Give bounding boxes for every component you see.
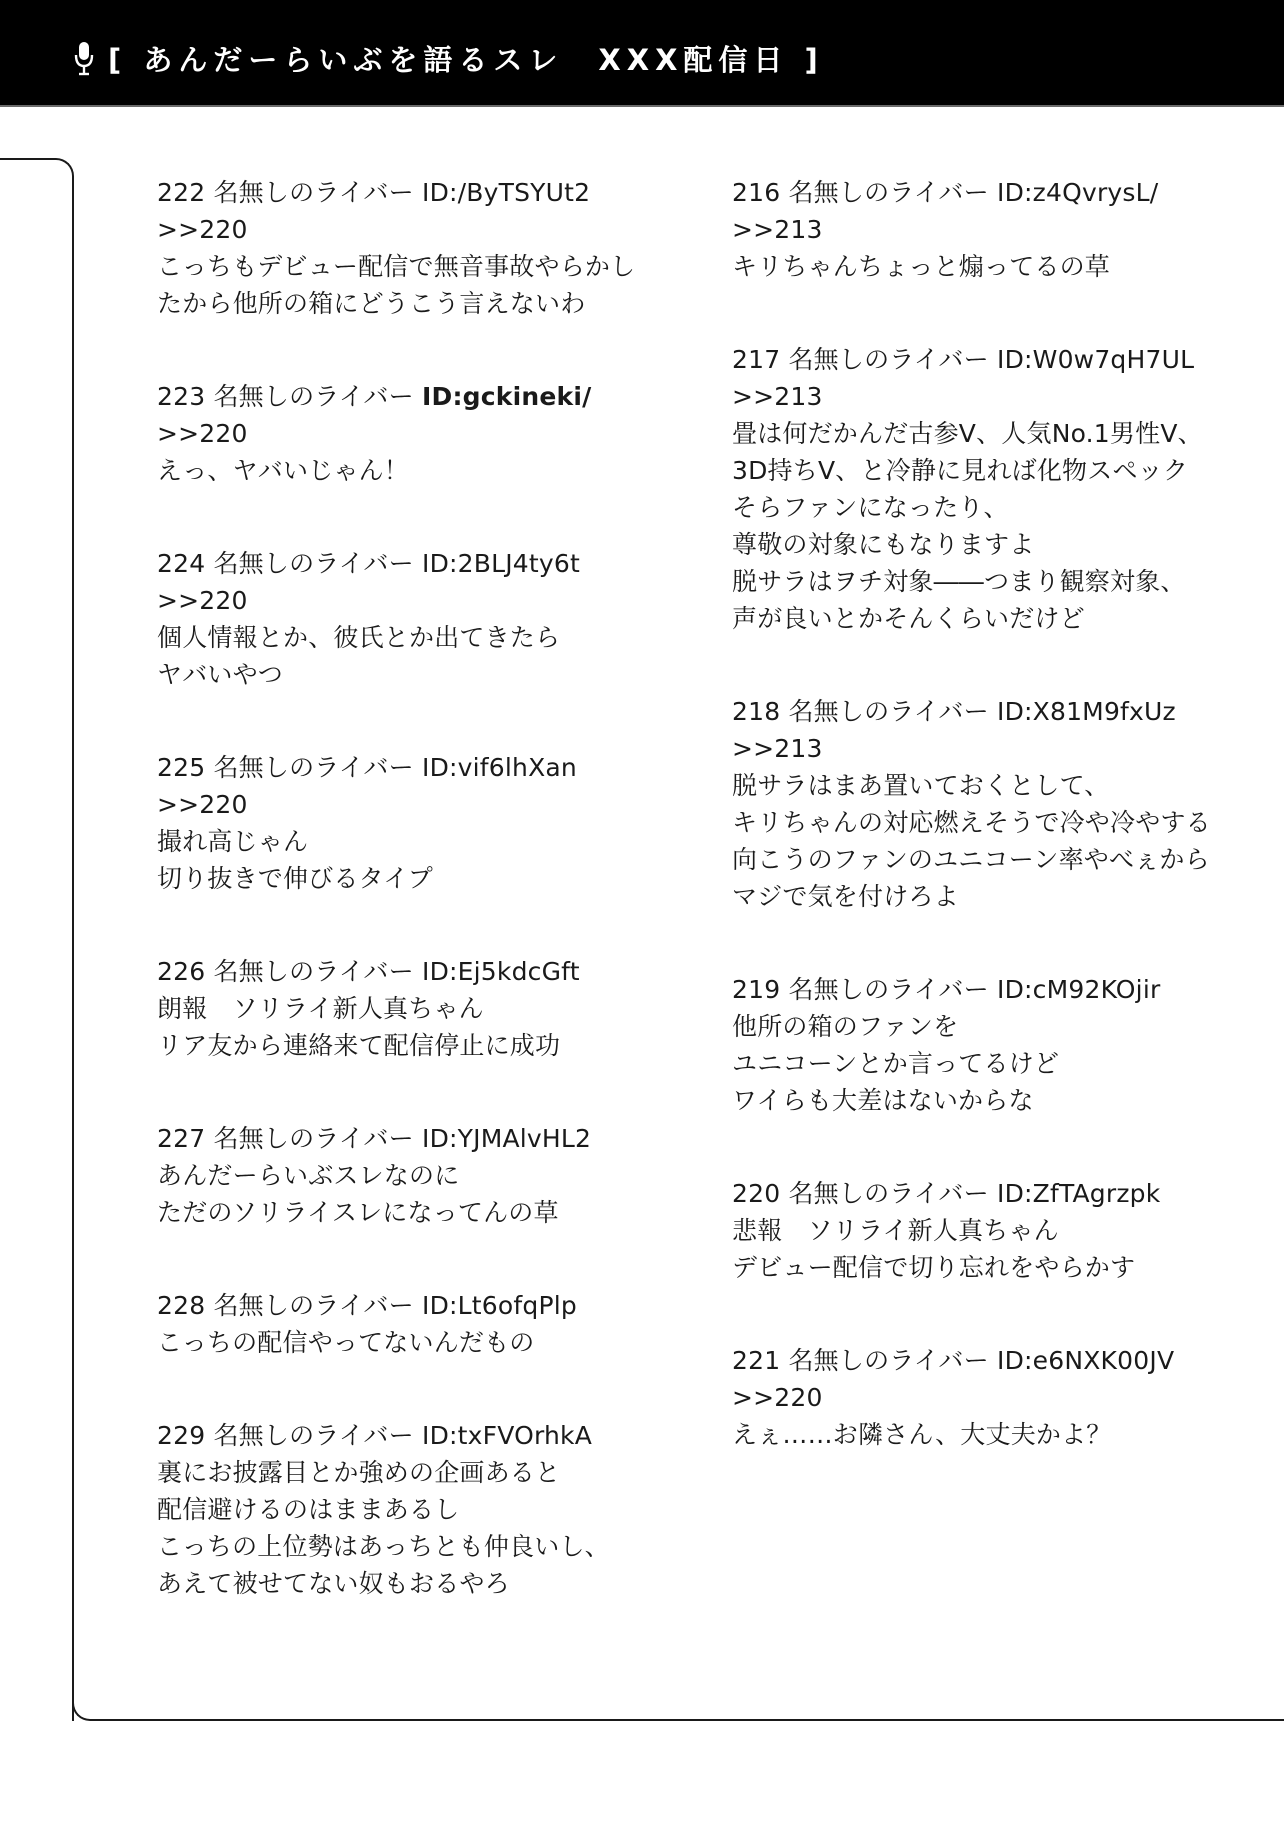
microphone-icon [74, 40, 94, 76]
poster-id: ID:2BLJ4ty6t [422, 549, 580, 578]
thread-post: 222 名無しのライバー ID:/ByTSYUt2>>220こっちもデビュー配信… [157, 174, 697, 322]
poster-id: ID:YJMAlvHL2 [422, 1124, 591, 1153]
post-body-line: あえて被せてない奴もおるやろ [157, 1565, 697, 1602]
post-body-line: リア友から連絡来て配信停止に成功 [157, 1027, 697, 1064]
post-number: 226 [157, 957, 205, 986]
thread-post: 218 名無しのライバー ID:X81M9fxUz>>213脱サラはまあ置いてお… [732, 693, 1272, 915]
post-body-line: ユニコーンとか言ってるけど [732, 1045, 1272, 1082]
poster-id: ID:cM92KOjir [997, 975, 1160, 1004]
post-number: 228 [157, 1291, 205, 1320]
post-body-line: 個人情報とか、彼氏とか出てきたら [157, 619, 697, 656]
poster-id: ID:gckineki/ [422, 382, 591, 411]
poster-name: 名無しのライバー [788, 1179, 988, 1208]
post-body-line: 脱サラはヲチ対象――つまり観察対象、 [732, 563, 1272, 600]
post-body-line: 裏にお披露目とか強めの企画あると [157, 1454, 697, 1491]
post-body-line: えぇ……お隣さん、大丈夫かよ？ [732, 1416, 1272, 1453]
post-body-line: ヤバいやつ [157, 656, 697, 693]
post-body-line: 朗報 ソリライ新人真ちゃん [157, 990, 697, 1027]
poster-name: 名無しのライバー [213, 753, 413, 782]
poster-id: ID:/ByTSYUt2 [422, 178, 590, 207]
thread-post: 225 名無しのライバー ID:vif6lhXan>>220撮れ高じゃん切り抜き… [157, 749, 697, 897]
post-header: 228 名無しのライバー ID:Lt6ofqPlp [157, 1287, 697, 1324]
thread-post: 228 名無しのライバー ID:Lt6ofqPlpこっちの配信やってないんだもの [157, 1287, 697, 1361]
poster-name: 名無しのライバー [213, 382, 413, 411]
post-body-line: 配信避けるのはままあるし [157, 1491, 697, 1528]
thread-post: 226 名無しのライバー ID:Ej5kdcGft朗報 ソリライ新人真ちゃんリア… [157, 953, 697, 1064]
thread-post: 224 名無しのライバー ID:2BLJ4ty6t>>220個人情報とか、彼氏と… [157, 545, 697, 693]
post-header: 219 名無しのライバー ID:cM92KOjir [732, 971, 1272, 1008]
post-number: 216 [732, 178, 780, 207]
poster-name: 名無しのライバー [788, 345, 988, 374]
post-body-line: ただのソリライスレになってんの草 [157, 1194, 697, 1231]
post-body-line: 切り抜きで伸びるタイプ [157, 860, 697, 897]
post-number: 221 [732, 1346, 780, 1375]
poster-name: 名無しのライバー [213, 178, 413, 207]
post-header: 220 名無しのライバー ID:ZfTAgrzpk [732, 1175, 1272, 1212]
thread-post: 216 名無しのライバー ID:z4QvrysL/>>213キリちゃんちょっと煽… [732, 174, 1272, 285]
poster-name: 名無しのライバー [213, 957, 413, 986]
post-body-line: 撮れ高じゃん [157, 823, 697, 860]
thread-post: 221 名無しのライバー ID:e6NXK00JV>>220えぇ……お隣さん、大… [732, 1342, 1272, 1453]
post-header: 226 名無しのライバー ID:Ej5kdcGft [157, 953, 697, 990]
thread-post: 229 名無しのライバー ID:txFVOrhkA裏にお披露目とか強めの企画ある… [157, 1417, 697, 1602]
page-frame-bottom-border [72, 1700, 1284, 1721]
reply-anchor[interactable]: >>213 [732, 211, 1272, 248]
post-body-line: キリちゃんの対応燃えそうで冷や冷やする [732, 804, 1272, 841]
thread-title: [ あんだーらいぶを語るスレ XXX配信日 ] [108, 38, 824, 79]
poster-id: ID:ZfTAgrzpk [997, 1179, 1160, 1208]
poster-name: 名無しのライバー [788, 1346, 988, 1375]
thread-post: 219 名無しのライバー ID:cM92KOjir他所の箱のファンをユニコーンと… [732, 971, 1272, 1119]
poster-name: 名無しのライバー [788, 975, 988, 1004]
thread-post: 220 名無しのライバー ID:ZfTAgrzpk悲報 ソリライ新人真ちゃんデビ… [732, 1175, 1272, 1286]
reply-anchor[interactable]: >>213 [732, 730, 1272, 767]
post-number: 227 [157, 1124, 205, 1153]
post-body-line: こっちの上位勢はあっちとも仲良いし、 [157, 1528, 697, 1565]
post-number: 224 [157, 549, 205, 578]
post-body-line: 尊敬の対象にもなりますよ [732, 526, 1272, 563]
thread-post: 227 名無しのライバー ID:YJMAlvHL2あんだーらいぶスレなのにただの… [157, 1120, 697, 1231]
post-body-line: 他所の箱のファンを [732, 1008, 1272, 1045]
post-number: 219 [732, 975, 780, 1004]
reply-anchor[interactable]: >>220 [157, 582, 697, 619]
post-header: 225 名無しのライバー ID:vif6lhXan [157, 749, 697, 786]
post-number: 218 [732, 697, 780, 726]
poster-name: 名無しのライバー [213, 549, 413, 578]
reply-anchor[interactable]: >>213 [732, 378, 1272, 415]
post-body-line: えっ、ヤバいじゃん！ [157, 452, 697, 489]
post-header: 217 名無しのライバー ID:W0w7qH7UL [732, 341, 1272, 378]
post-body-line: デビュー配信で切り忘れをやらかす [732, 1249, 1272, 1286]
poster-id: ID:Ej5kdcGft [422, 957, 580, 986]
post-body-line: そらファンになったり、 [732, 489, 1272, 526]
post-body-line: たから他所の箱にどうこう言えないわ [157, 285, 697, 322]
post-header: 229 名無しのライバー ID:txFVOrhkA [157, 1417, 697, 1454]
poster-name: 名無しのライバー [788, 178, 988, 207]
reply-anchor[interactable]: >>220 [732, 1379, 1272, 1416]
post-body-line: あんだーらいぶスレなのに [157, 1157, 697, 1194]
poster-name: 名無しのライバー [213, 1124, 413, 1153]
reply-anchor[interactable]: >>220 [157, 786, 697, 823]
post-body-line: ワイらも大差はないからな [732, 1082, 1272, 1119]
poster-id: ID:e6NXK00JV [997, 1346, 1174, 1375]
post-number: 217 [732, 345, 780, 374]
poster-id: ID:Lt6ofqPlp [422, 1291, 577, 1320]
reply-anchor[interactable]: >>220 [157, 211, 697, 248]
poster-name: 名無しのライバー [788, 697, 988, 726]
poster-id: ID:vif6lhXan [422, 753, 577, 782]
post-number: 223 [157, 382, 205, 411]
post-number: 222 [157, 178, 205, 207]
poster-name: 名無しのライバー [213, 1291, 413, 1320]
page-frame-border [0, 158, 74, 1721]
post-body-line: マジで気を付けろよ [732, 878, 1272, 915]
post-body-line: 3D持ちV、と冷静に見れば化物スペック [732, 452, 1272, 489]
post-header: 227 名無しのライバー ID:YJMAlvHL2 [157, 1120, 697, 1157]
reply-anchor[interactable]: >>220 [157, 415, 697, 452]
right-column: 216 名無しのライバー ID:z4QvrysL/>>213キリちゃんちょっと煽… [732, 174, 1272, 1509]
post-header: 221 名無しのライバー ID:e6NXK00JV [732, 1342, 1272, 1379]
post-body-line: 脱サラはまあ置いておくとして、 [732, 767, 1272, 804]
post-header: 222 名無しのライバー ID:/ByTSYUt2 [157, 174, 697, 211]
post-body-line: キリちゃんちょっと煽ってるの草 [732, 248, 1272, 285]
poster-id: ID:X81M9fxUz [997, 697, 1176, 726]
post-body-line: 悲報 ソリライ新人真ちゃん [732, 1212, 1272, 1249]
post-header: 218 名無しのライバー ID:X81M9fxUz [732, 693, 1272, 730]
left-column: 222 名無しのライバー ID:/ByTSYUt2>>220こっちもデビュー配信… [157, 174, 697, 1658]
post-number: 220 [732, 1179, 780, 1208]
thread-title-group: [ あんだーらいぶを語るスレ XXX配信日 ] [74, 38, 824, 78]
thread-post: 217 名無しのライバー ID:W0w7qH7UL>>213畳は何だかんだ古参V… [732, 341, 1272, 637]
poster-id: ID:txFVOrhkA [422, 1421, 592, 1450]
post-body-line: 畳は何だかんだ古参V、人気No.1男性V、 [732, 415, 1272, 452]
post-number: 229 [157, 1421, 205, 1450]
post-number: 225 [157, 753, 205, 782]
poster-name: 名無しのライバー [213, 1421, 413, 1450]
thread-header-bar: [ あんだーらいぶを語るスレ XXX配信日 ] [0, 0, 1284, 107]
thread-post: 223 名無しのライバー ID:gckineki/>>220えっ、ヤバいじゃん！ [157, 378, 697, 489]
post-body-line: こっちの配信やってないんだもの [157, 1324, 697, 1361]
poster-id: ID:z4QvrysL/ [997, 178, 1158, 207]
post-body-line: こっちもデビュー配信で無音事故やらかし [157, 248, 697, 285]
post-header: 216 名無しのライバー ID:z4QvrysL/ [732, 174, 1272, 211]
post-body-line: 向こうのファンのユニコーン率やべぇから [732, 841, 1272, 878]
post-header: 224 名無しのライバー ID:2BLJ4ty6t [157, 545, 697, 582]
post-header: 223 名無しのライバー ID:gckineki/ [157, 378, 697, 415]
post-body-line: 声が良いとかそんくらいだけど [732, 600, 1272, 637]
poster-id: ID:W0w7qH7UL [997, 345, 1194, 374]
